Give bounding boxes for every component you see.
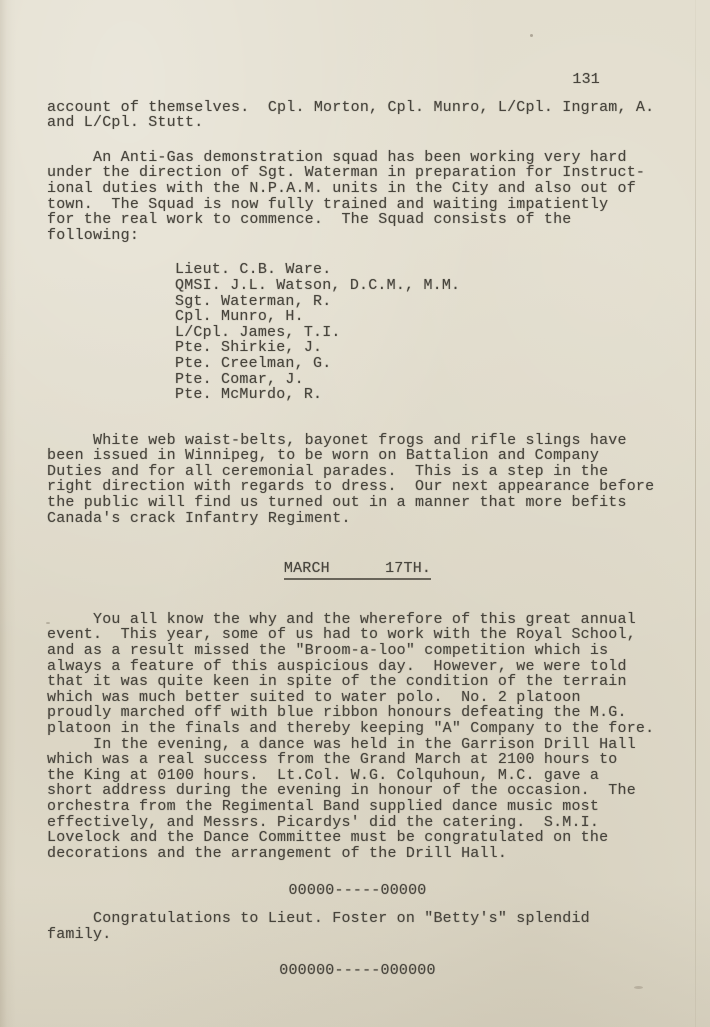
squad-member: Pte. Creelman, G.	[175, 356, 668, 372]
paragraph-anti-gas-squad: An Anti-Gas demonstration squad has been…	[47, 150, 668, 244]
paragraph-annual-event: You all know the why and the wherefore o…	[47, 612, 668, 737]
section-heading-march-17th: MARCH 17TH.	[284, 561, 431, 580]
squad-member: Pte. Shirkie, J.	[175, 340, 668, 356]
squad-member: QMSI. J.L. Watson, D.C.M., M.M.	[175, 278, 668, 294]
paragraph-continuation: account of themselves. Cpl. Morton, Cpl.…	[47, 100, 668, 131]
squad-member-list: Lieut. C.B. Ware. QMSI. J.L. Watson, D.C…	[175, 262, 668, 402]
document-page: 131 account of themselves. Cpl. Morton, …	[0, 0, 710, 1027]
squad-member: Pte. Comar, J.	[175, 372, 668, 388]
squad-member: Cpl. Munro, H.	[175, 309, 668, 325]
paragraph-evening-dance: In the evening, a dance was held in the …	[47, 737, 668, 862]
paragraph-web-belts: White web waist-belts, bayonet frogs and…	[47, 433, 668, 527]
squad-member: Pte. McMurdo, R.	[175, 387, 668, 403]
page-content: 131 account of themselves. Cpl. Morton, …	[0, 0, 710, 1027]
squad-member: Sgt. Waterman, R.	[175, 294, 668, 310]
squad-member: Lieut. C.B. Ware.	[175, 262, 668, 278]
squad-member: L/Cpl. James, T.I.	[175, 325, 668, 341]
typed-separator: 000000-----000000	[47, 963, 668, 979]
section-heading-wrap: MARCH 17TH.	[47, 561, 668, 580]
typed-separator: 00000-----00000	[47, 883, 668, 899]
paragraph-congratulations: Congratulations to Lieut. Foster on "Bet…	[47, 911, 668, 942]
page-number: 131	[47, 72, 668, 88]
